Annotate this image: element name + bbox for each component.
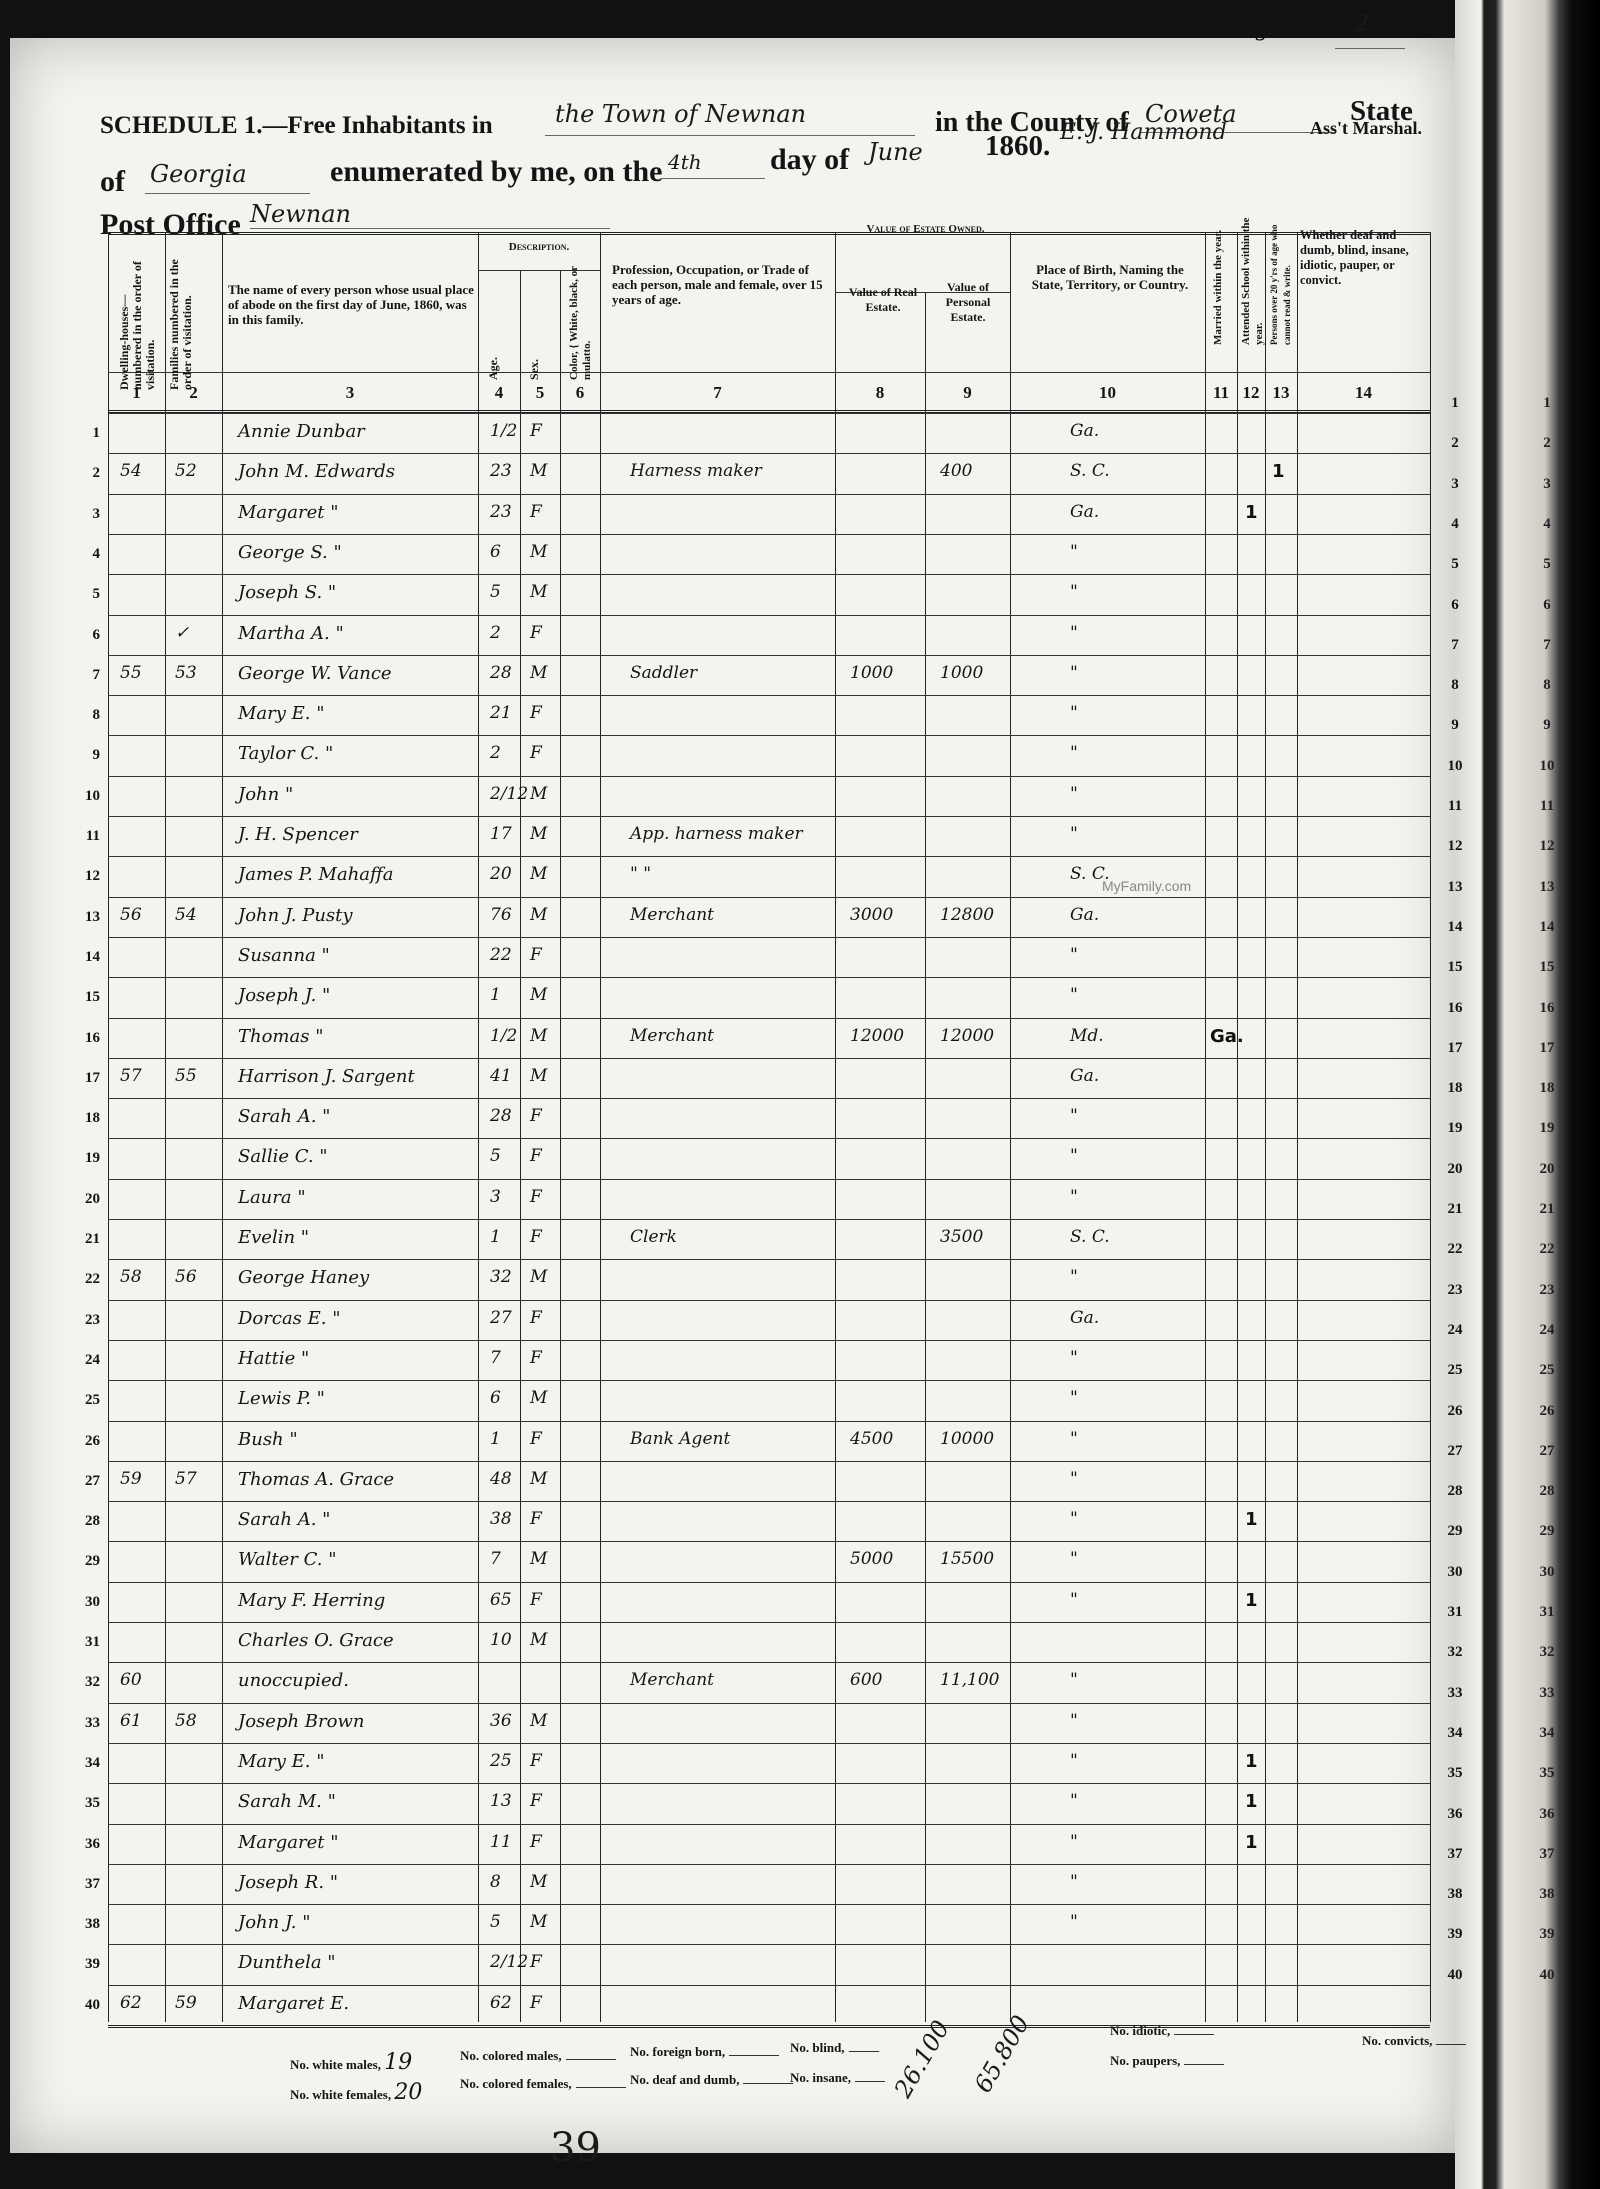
personal-estate-value: 400 bbox=[940, 461, 972, 481]
col-header-name: The name of every person whose usual pla… bbox=[228, 282, 478, 327]
margin-line-number-next-page: 35 bbox=[1532, 1765, 1562, 1782]
margin-line-number: 30 bbox=[1440, 1564, 1470, 1581]
sex: F bbox=[530, 421, 542, 441]
real-estate-value: 5000 bbox=[850, 1549, 893, 1569]
birthplace: " bbox=[1070, 1106, 1078, 1126]
family-number: 56 bbox=[175, 1267, 197, 1287]
row-rule bbox=[108, 1340, 1430, 1341]
day-value: 4th bbox=[668, 150, 702, 174]
column-number: 5 bbox=[520, 383, 560, 403]
margin-line-number: 14 bbox=[1440, 919, 1470, 936]
row-number: 29 bbox=[70, 1553, 100, 1570]
margin-line-number-next-page: 20 bbox=[1532, 1161, 1562, 1178]
age: 5 bbox=[490, 1146, 501, 1166]
birthplace: " bbox=[1070, 1872, 1078, 1892]
row-number: 39 bbox=[70, 1956, 100, 1973]
personal-estate-value: 3500 bbox=[940, 1227, 983, 1247]
person-name: John " bbox=[238, 784, 293, 805]
margin-line-number: 27 bbox=[1440, 1443, 1470, 1460]
row-number: 13 bbox=[70, 909, 100, 926]
col-header-personal-estate: Value of Personal Estate. bbox=[928, 280, 1008, 325]
person-name: George S. " bbox=[238, 542, 342, 563]
person-name: Mary E. " bbox=[238, 703, 325, 724]
margin-line-number-next-page: 32 bbox=[1532, 1644, 1562, 1661]
margin-line-number: 16 bbox=[1440, 1000, 1470, 1017]
page-number-label: Page No. bbox=[1228, 14, 1321, 42]
person-name: Dorcas E. " bbox=[238, 1308, 341, 1329]
row-rule bbox=[108, 1179, 1430, 1180]
row-number: 9 bbox=[70, 747, 100, 764]
margin-line-number-next-page: 24 bbox=[1532, 1322, 1562, 1339]
row-number: 26 bbox=[70, 1433, 100, 1450]
real-estate-value: 1000 bbox=[850, 663, 893, 683]
column-number: 8 bbox=[835, 383, 925, 403]
age: 23 bbox=[490, 461, 512, 481]
family-number: 53 bbox=[175, 663, 197, 683]
sex: F bbox=[530, 1106, 542, 1126]
row-number: 5 bbox=[70, 586, 100, 603]
age: 2 bbox=[490, 623, 501, 643]
occupation: App. harness maker bbox=[630, 824, 803, 844]
margin-line-number: 32 bbox=[1440, 1644, 1470, 1661]
sex: F bbox=[530, 1308, 542, 1328]
birthplace: " bbox=[1070, 1670, 1078, 1690]
person-name: Sarah A. " bbox=[238, 1106, 330, 1127]
margin-line-number-next-page: 7 bbox=[1532, 637, 1562, 654]
birthplace: " bbox=[1070, 784, 1078, 804]
age: 62 bbox=[490, 1993, 512, 2013]
sex: M bbox=[530, 663, 547, 683]
birthplace: Ga. bbox=[1070, 1066, 1099, 1086]
sex: M bbox=[530, 1469, 547, 1489]
row-number: 20 bbox=[70, 1191, 100, 1208]
occupation: Saddler bbox=[630, 663, 697, 683]
sex: M bbox=[530, 582, 547, 602]
col-header-color: Color, { White, black, or mulatto. bbox=[568, 262, 600, 380]
birthplace: Md. bbox=[1070, 1026, 1104, 1046]
row-number: 37 bbox=[70, 1876, 100, 1893]
age: 36 bbox=[490, 1711, 512, 1731]
dwelling-number: 55 bbox=[120, 663, 142, 683]
person-name: Margaret " bbox=[238, 1832, 339, 1853]
col-header-dwelling: Dwelling-houses—numbered in the order of… bbox=[118, 250, 162, 390]
real-estate-value: 12000 bbox=[850, 1026, 904, 1046]
row-rule bbox=[108, 494, 1430, 495]
row-number: 11 bbox=[70, 828, 100, 845]
sex: M bbox=[530, 461, 547, 481]
row-rule bbox=[108, 937, 1430, 938]
row-number: 2 bbox=[70, 465, 100, 482]
row-rule bbox=[108, 1985, 1430, 1986]
sex: M bbox=[530, 1066, 547, 1086]
sex: F bbox=[530, 1791, 542, 1811]
age: 21 bbox=[490, 703, 512, 723]
row-rule bbox=[108, 1058, 1430, 1059]
person-name: Thomas " bbox=[238, 1026, 323, 1047]
person-name: Joseph S. " bbox=[238, 582, 336, 603]
age: 7 bbox=[490, 1348, 501, 1368]
sex: F bbox=[530, 623, 542, 643]
margin-line-number: 37 bbox=[1440, 1846, 1470, 1863]
stamp-number: 39 bbox=[550, 2125, 601, 2171]
margin-line-number-next-page: 25 bbox=[1532, 1362, 1562, 1379]
marshal-value: E. J. Hammond bbox=[1060, 120, 1227, 145]
person-name: Mary E. " bbox=[238, 1751, 325, 1772]
margin-line-number-next-page: 40 bbox=[1532, 1967, 1562, 1984]
birthplace: " bbox=[1070, 1590, 1078, 1610]
row-rule bbox=[108, 816, 1430, 817]
paupers: No. paupers, bbox=[1110, 2053, 1224, 2069]
occupation: Harness maker bbox=[630, 461, 762, 481]
margin-line-number: 23 bbox=[1440, 1282, 1470, 1299]
age: 41 bbox=[490, 1066, 512, 1086]
year-label: 1860. bbox=[985, 130, 1050, 163]
row-number: 6 bbox=[70, 627, 100, 644]
dwelling-number: 57 bbox=[120, 1066, 142, 1086]
age: 6 bbox=[490, 1388, 501, 1408]
age: 2/12 bbox=[490, 784, 528, 804]
row-rule bbox=[108, 1300, 1430, 1301]
attended-school: 1 bbox=[1245, 1590, 1258, 1611]
birthplace: " bbox=[1070, 824, 1078, 844]
margin-line-number-next-page: 16 bbox=[1532, 1000, 1562, 1017]
margin-line-number-next-page: 15 bbox=[1532, 959, 1562, 976]
sex: M bbox=[530, 1912, 547, 1932]
birthplace: " bbox=[1070, 1267, 1078, 1287]
col-header-birthplace: Place of Birth, Naming the State, Territ… bbox=[1020, 262, 1200, 292]
birthplace: Ga. bbox=[1070, 1308, 1099, 1328]
sex: F bbox=[530, 703, 542, 723]
column-rule bbox=[1010, 232, 1011, 2022]
margin-line-number: 38 bbox=[1440, 1886, 1470, 1903]
person-name: Thomas A. Grace bbox=[238, 1469, 394, 1490]
birthplace: " bbox=[1070, 1912, 1078, 1932]
sex: F bbox=[530, 1348, 542, 1368]
row-rule bbox=[108, 534, 1430, 535]
margin-line-number: 21 bbox=[1440, 1201, 1470, 1218]
sex: M bbox=[530, 985, 547, 1005]
row-rule bbox=[108, 977, 1430, 978]
colored-males: No. colored males, bbox=[460, 2048, 616, 2064]
birthplace: S. C. bbox=[1070, 461, 1110, 481]
sex: M bbox=[530, 824, 547, 844]
sex: F bbox=[530, 1993, 542, 2013]
column-rule bbox=[1430, 232, 1431, 2022]
person-name: Joseph Brown bbox=[238, 1711, 364, 1732]
age: 5 bbox=[490, 582, 501, 602]
sex: M bbox=[530, 1388, 547, 1408]
row-rule bbox=[108, 897, 1430, 898]
row-number: 24 bbox=[70, 1352, 100, 1369]
margin-line-number-next-page: 21 bbox=[1532, 1201, 1562, 1218]
dwelling-number: 61 bbox=[120, 1711, 142, 1731]
sex: F bbox=[530, 1832, 542, 1852]
personal-estate-value: 12800 bbox=[940, 905, 994, 925]
age: 25 bbox=[490, 1751, 512, 1771]
birthplace: " bbox=[1070, 985, 1078, 1005]
row-rule bbox=[108, 1098, 1430, 1099]
margin-line-number: 13 bbox=[1440, 879, 1470, 896]
row-rule bbox=[108, 1864, 1430, 1865]
person-name: Charles O. Grace bbox=[238, 1630, 394, 1651]
sex: M bbox=[530, 905, 547, 925]
book-spine-edge bbox=[1455, 0, 1600, 2189]
margin-line-number: 8 bbox=[1440, 677, 1470, 694]
row-rule bbox=[108, 1421, 1430, 1422]
birthplace: " bbox=[1070, 1711, 1078, 1731]
occupation: Merchant bbox=[630, 1670, 714, 1690]
column-number: 13 bbox=[1265, 383, 1297, 403]
margin-line-number-next-page: 36 bbox=[1532, 1806, 1562, 1823]
col-header-condition: Whether deaf and dumb, blind, insane, id… bbox=[1300, 228, 1430, 288]
sex: M bbox=[530, 784, 547, 804]
age: 3 bbox=[490, 1187, 501, 1207]
row-rule bbox=[108, 776, 1430, 777]
insane: No. insane, bbox=[790, 2070, 885, 2086]
row-number: 3 bbox=[70, 506, 100, 523]
person-name: Lewis P. " bbox=[238, 1388, 325, 1409]
row-rule bbox=[108, 1582, 1430, 1583]
row-number: 36 bbox=[70, 1836, 100, 1853]
row-number: 19 bbox=[70, 1150, 100, 1167]
birthplace: Ga. bbox=[1070, 905, 1099, 925]
age: 11 bbox=[490, 1832, 512, 1852]
attended-school: 1 bbox=[1245, 1791, 1258, 1812]
margin-line-number: 20 bbox=[1440, 1161, 1470, 1178]
age: 22 bbox=[490, 945, 512, 965]
age: 28 bbox=[490, 663, 512, 683]
column-rule bbox=[1205, 232, 1206, 2022]
personal-estate-value: 1000 bbox=[940, 663, 983, 683]
row-number: 32 bbox=[70, 1674, 100, 1691]
sex: M bbox=[530, 1026, 547, 1046]
dwelling-number: 59 bbox=[120, 1469, 142, 1489]
real-estate-value: 3000 bbox=[850, 905, 893, 925]
personal-estate-value: 10000 bbox=[940, 1429, 994, 1449]
col-header-description: Description. bbox=[478, 240, 600, 255]
row-rule bbox=[108, 453, 1430, 454]
family-number: 54 bbox=[175, 905, 197, 925]
sex: F bbox=[530, 945, 542, 965]
row-number: 21 bbox=[70, 1231, 100, 1248]
margin-line-number-next-page: 13 bbox=[1532, 879, 1562, 896]
sex: M bbox=[530, 542, 547, 562]
age: 2/12 bbox=[490, 1952, 528, 1972]
birthplace: " bbox=[1070, 1791, 1078, 1811]
family-number: 52 bbox=[175, 461, 197, 481]
sex: M bbox=[530, 1549, 547, 1569]
column-rule bbox=[925, 292, 926, 2022]
sex: F bbox=[530, 502, 542, 522]
margin-line-number: 22 bbox=[1440, 1241, 1470, 1258]
sex: F bbox=[530, 1187, 542, 1207]
margin-line-number: 7 bbox=[1440, 637, 1470, 654]
dwelling-number: 54 bbox=[120, 461, 142, 481]
margin-line-number: 26 bbox=[1440, 1403, 1470, 1420]
person-name: J. H. Spencer bbox=[238, 824, 358, 845]
birthplace: " bbox=[1070, 623, 1078, 643]
row-number: 28 bbox=[70, 1513, 100, 1530]
convicts: No. convicts, bbox=[1362, 2033, 1466, 2049]
row-rule bbox=[108, 1622, 1430, 1623]
person-name: Annie Dunbar bbox=[238, 421, 365, 442]
person-name: George Haney bbox=[238, 1267, 369, 1288]
col-header-occupation: Profession, Occupation, or Trade of each… bbox=[612, 262, 832, 307]
margin-line-number-next-page: 26 bbox=[1532, 1403, 1562, 1420]
margin-line-number-next-page: 6 bbox=[1532, 597, 1562, 614]
column-number: 12 bbox=[1237, 383, 1265, 403]
column-rule bbox=[1297, 232, 1298, 2022]
margin-line-number: 6 bbox=[1440, 597, 1470, 614]
margin-line-number: 40 bbox=[1440, 1967, 1470, 1984]
birthplace: " bbox=[1070, 1549, 1078, 1569]
person-name: Taylor C. " bbox=[238, 743, 333, 764]
column-rule bbox=[222, 232, 223, 2022]
column-number: 10 bbox=[1010, 383, 1205, 403]
col-header-cannot-read: Persons over 20 y'rs of age who cannot r… bbox=[1268, 205, 1292, 345]
margin-line-number-next-page: 18 bbox=[1532, 1080, 1562, 1097]
column-rule bbox=[560, 270, 561, 2022]
family-number: 58 bbox=[175, 1711, 197, 1731]
col-header-school: Attended School within the year. bbox=[1240, 205, 1264, 345]
margin-line-number-next-page: 28 bbox=[1532, 1483, 1562, 1500]
column-number: 1 bbox=[108, 383, 165, 403]
column-rule bbox=[1265, 232, 1266, 2022]
married-within-year: Ga. bbox=[1210, 1026, 1244, 1047]
row-rule bbox=[108, 1259, 1430, 1260]
sex: F bbox=[530, 1590, 542, 1610]
birthplace: " bbox=[1070, 1832, 1078, 1852]
person-name: George W. Vance bbox=[238, 663, 392, 684]
row-rule bbox=[108, 1662, 1430, 1663]
row-number: 30 bbox=[70, 1594, 100, 1611]
margin-line-number: 31 bbox=[1440, 1604, 1470, 1621]
margin-line-number: 11 bbox=[1440, 798, 1470, 815]
row-number: 12 bbox=[70, 868, 100, 885]
birthplace: " bbox=[1070, 945, 1078, 965]
column-number: 11 bbox=[1205, 383, 1237, 403]
cannot-read-write: 1 bbox=[1272, 461, 1285, 482]
margin-line-number-next-page: 38 bbox=[1532, 1886, 1562, 1903]
margin-line-number-next-page: 4 bbox=[1532, 516, 1562, 533]
age: 8 bbox=[490, 1872, 501, 1892]
age: 1 bbox=[490, 985, 501, 1005]
birthplace: " bbox=[1070, 1509, 1078, 1529]
deaf-and-dumb: No. deaf and dumb, bbox=[630, 2072, 793, 2088]
margin-line-number: 5 bbox=[1440, 556, 1470, 573]
row-number: 40 bbox=[70, 1997, 100, 2014]
schedule-label: SCHEDULE 1.—Free Inhabitants in bbox=[100, 112, 493, 140]
margin-line-number-next-page: 8 bbox=[1532, 677, 1562, 694]
row-number: 23 bbox=[70, 1312, 100, 1329]
place-value: the Town of Newnan bbox=[555, 100, 806, 128]
age: 1/2 bbox=[490, 421, 517, 441]
col-header-real-estate: Value of Real Estate. bbox=[843, 285, 923, 315]
idiotic: No. idiotic, bbox=[1110, 2023, 1214, 2039]
occupation: Merchant bbox=[630, 905, 714, 925]
margin-line-number-next-page: 17 bbox=[1532, 1040, 1562, 1057]
column-number: 2 bbox=[165, 383, 222, 403]
row-number: 16 bbox=[70, 1030, 100, 1047]
sex: F bbox=[530, 1509, 542, 1529]
row-rule bbox=[108, 655, 1430, 656]
age: 10 bbox=[490, 1630, 512, 1650]
row-rule bbox=[108, 413, 1430, 414]
row-number: 33 bbox=[70, 1715, 100, 1732]
column-rule bbox=[1237, 232, 1238, 2022]
row-rule bbox=[108, 1824, 1430, 1825]
page-number-value: 2 bbox=[1355, 12, 1369, 37]
of-label: of bbox=[100, 165, 125, 199]
age: 65 bbox=[490, 1590, 512, 1610]
real-estate-value: 4500 bbox=[850, 1429, 893, 1449]
margin-line-number-next-page: 5 bbox=[1532, 556, 1562, 573]
colored-females: No. colored females, bbox=[460, 2076, 626, 2092]
watermark: MyFamily.com bbox=[1102, 878, 1191, 894]
row-rule bbox=[108, 1380, 1430, 1381]
birthplace: " bbox=[1070, 1187, 1078, 1207]
row-number: 25 bbox=[70, 1392, 100, 1409]
row-number: 18 bbox=[70, 1110, 100, 1127]
sex: M bbox=[530, 1711, 547, 1731]
attended-school: 1 bbox=[1245, 502, 1258, 523]
row-rule bbox=[108, 735, 1430, 736]
personal-estate-value: 15500 bbox=[940, 1549, 994, 1569]
row-number: 27 bbox=[70, 1473, 100, 1490]
margin-line-number-next-page: 9 bbox=[1532, 717, 1562, 734]
margin-line-number-next-page: 10 bbox=[1532, 758, 1562, 775]
margin-line-number: 3 bbox=[1440, 476, 1470, 493]
birthplace: " bbox=[1070, 1348, 1078, 1368]
margin-line-number-next-page: 27 bbox=[1532, 1443, 1562, 1460]
margin-line-number: 33 bbox=[1440, 1685, 1470, 1702]
margin-line-number-next-page: 23 bbox=[1532, 1282, 1562, 1299]
sex: M bbox=[530, 1872, 547, 1892]
margin-line-number: 4 bbox=[1440, 516, 1470, 533]
sex: M bbox=[530, 1267, 547, 1287]
person-name: Joseph J. " bbox=[238, 985, 330, 1006]
sex: F bbox=[530, 743, 542, 763]
row-rule bbox=[108, 1743, 1430, 1744]
personal-estate-value: 12000 bbox=[940, 1026, 994, 1046]
column-rule bbox=[108, 232, 109, 2022]
margin-line-number-next-page: 12 bbox=[1532, 838, 1562, 855]
column-number: 4 bbox=[478, 383, 520, 403]
month-value: June bbox=[868, 138, 923, 166]
column-number: 3 bbox=[222, 383, 478, 403]
family-number: 59 bbox=[175, 1993, 197, 2013]
sex: M bbox=[530, 864, 547, 884]
margin-line-number: 10 bbox=[1440, 758, 1470, 775]
age: 5 bbox=[490, 1912, 501, 1932]
row-rule bbox=[108, 1501, 1430, 1502]
white-females: No. white females, 20 bbox=[290, 2080, 422, 2105]
row-number: 15 bbox=[70, 989, 100, 1006]
age: 7 bbox=[490, 1549, 501, 1569]
col-header-estate: Value of Estate Owned. bbox=[838, 222, 1013, 237]
person-name: John J. Pusty bbox=[238, 905, 353, 926]
enumerated-label: enumerated by me, on the bbox=[330, 155, 662, 189]
row-rule bbox=[108, 695, 1430, 696]
margin-line-number: 1 bbox=[1440, 395, 1470, 412]
birthplace: Ga. bbox=[1070, 421, 1099, 441]
row-number: 1 bbox=[70, 425, 100, 442]
age: 28 bbox=[490, 1106, 512, 1126]
person-name: Walter C. " bbox=[238, 1549, 337, 1570]
family-number: 55 bbox=[175, 1066, 197, 1086]
margin-line-number-next-page: 22 bbox=[1532, 1241, 1562, 1258]
margin-line-number: 28 bbox=[1440, 1483, 1470, 1500]
